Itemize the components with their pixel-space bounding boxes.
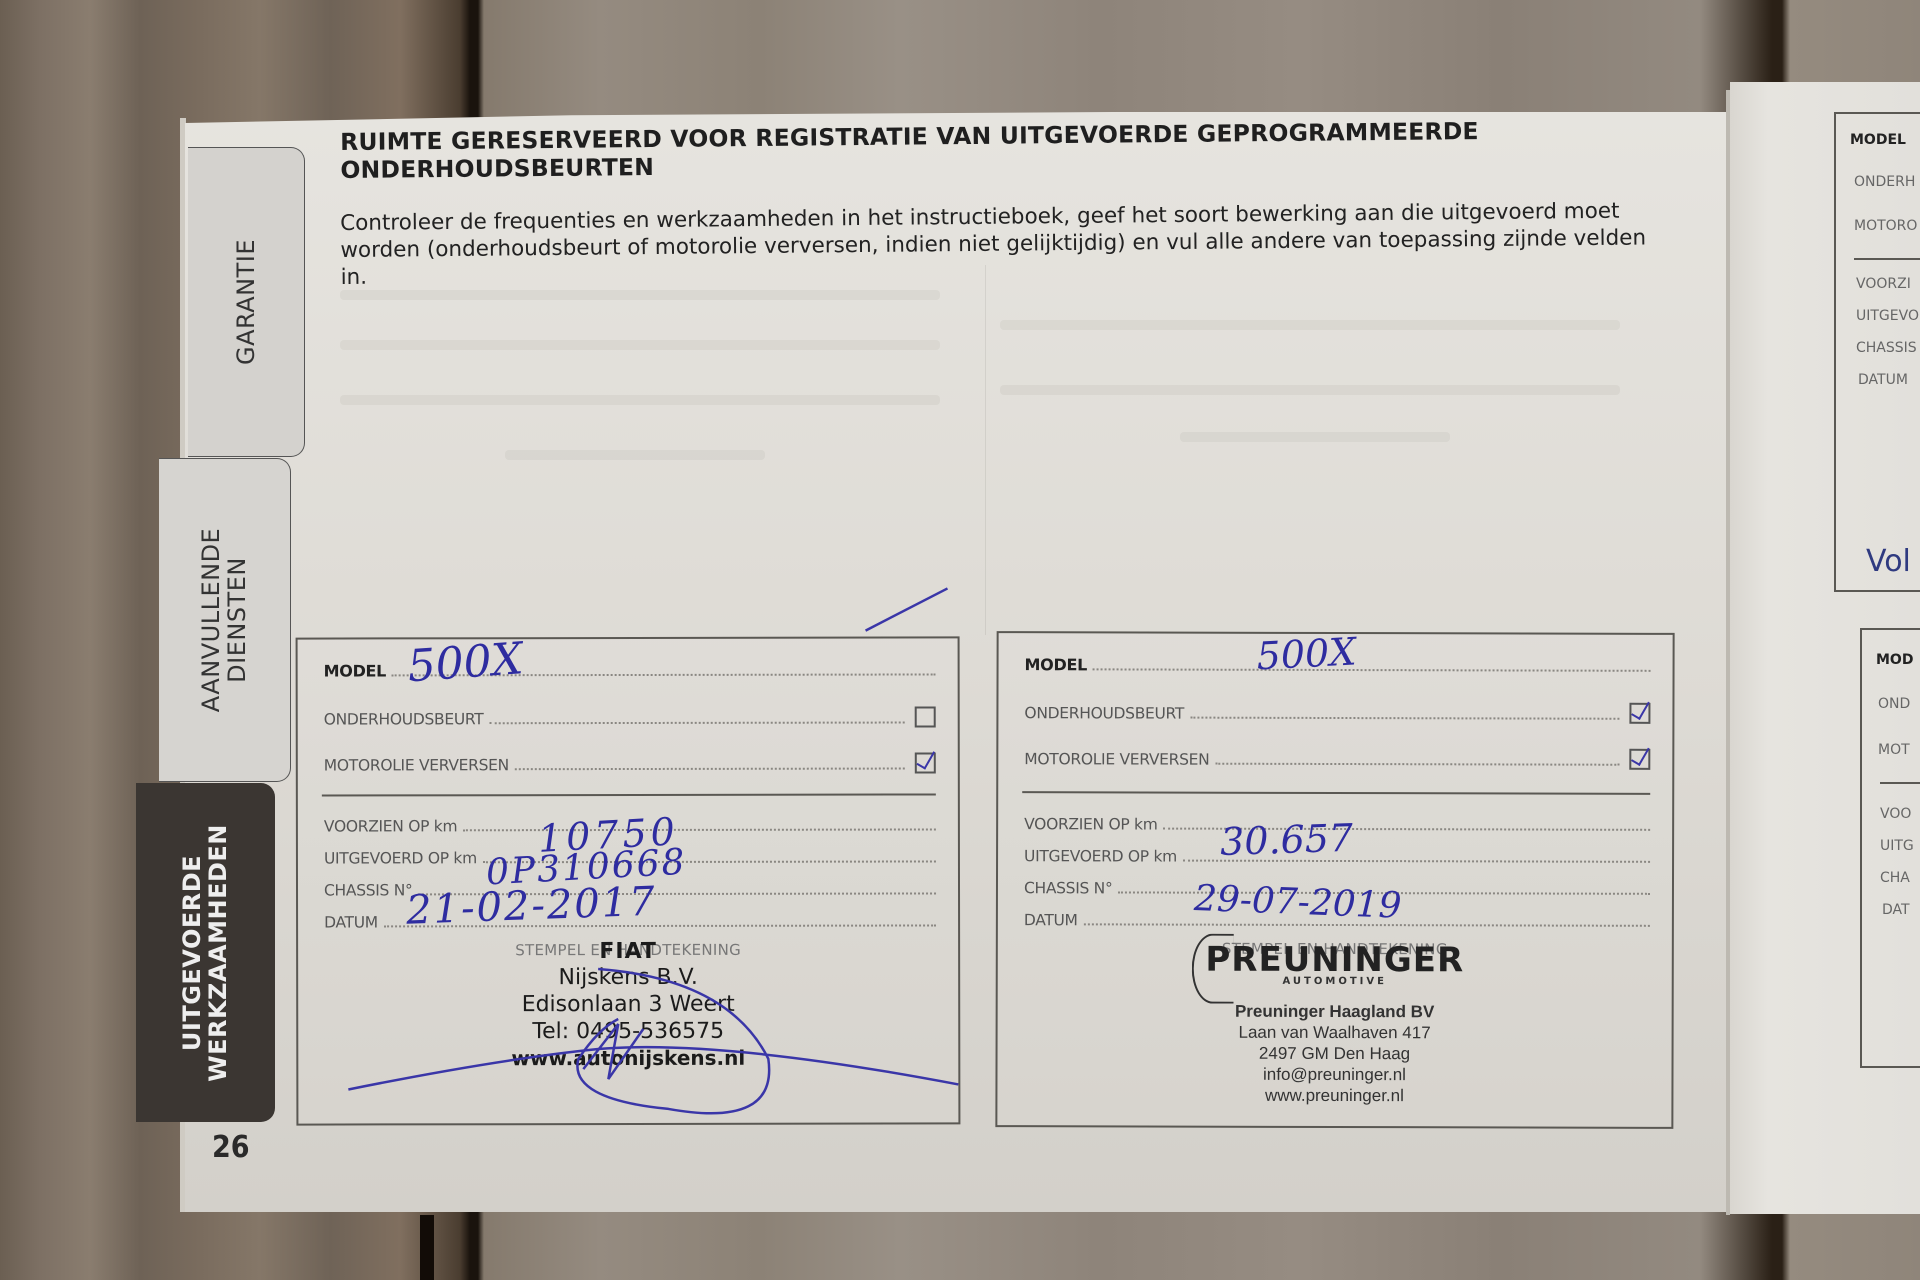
tab-label: UITGEVOERDE WERKZAAMHEDEN (179, 824, 231, 1082)
next-field-label: DATUM (1858, 372, 1908, 388)
stamp-line: info@preuninger.nl (997, 1063, 1671, 1086)
table-surface-gap (420, 1215, 434, 1280)
next-model-label: MOD (1876, 652, 1913, 668)
bleed-through-mark (340, 395, 940, 405)
dotted-leader (1215, 762, 1619, 766)
bleed-through-mark (340, 290, 940, 300)
maintenance-entry-1: MODEL 500X ONDERHOUDSBEURT MOTOROLIE VER… (296, 636, 961, 1125)
dealer-stamp-preuninger: PREUNINGER AUTOMOTIVE Preuninger Haaglan… (997, 939, 1671, 1107)
bleed-through-mark (1000, 320, 1620, 330)
signature-scribble (298, 638, 1059, 1123)
uitgevoerd-label: UITGEVOERD OP km (1024, 847, 1177, 865)
tab-garantie[interactable]: GARANTIE (188, 147, 305, 457)
booklet-spine (1726, 90, 1730, 1215)
model-label: MODEL (1025, 655, 1087, 674)
datum-label: DATUM (1024, 911, 1078, 929)
next-model-label: MODEL (1850, 132, 1906, 148)
stamp-line: 2497 GM Den Haag (998, 1042, 1672, 1065)
next-field-label: MOTORO (1854, 218, 1917, 234)
datum-value: 29-07-2019 (1193, 878, 1402, 927)
maintenance-entry-2: MODEL 500X ONDERHOUDSBEURT MOTOROLIE VER… (995, 631, 1674, 1129)
bleed-through-mark (340, 340, 940, 350)
tab-label: GARANTIE (233, 239, 259, 365)
intro-paragraph: Controleer de frequenties en werkzaamhed… (340, 197, 1651, 291)
page-number: 26 (212, 1130, 250, 1165)
stamp-line: Preuninger Haagland BV (998, 1000, 1672, 1023)
onderhoudsbeurt-row: ONDERHOUDSBEURT (1024, 701, 1650, 724)
voorzien-label: VOORZIEN OP km (1024, 815, 1157, 833)
onderhoudsbeurt-label: ONDERHOUDSBEURT (1024, 704, 1184, 722)
next-field-label: ONDERH (1854, 174, 1915, 190)
uitgevoerd-value: 30.657 (1219, 816, 1353, 864)
next-field-label: MOT (1878, 742, 1910, 758)
stamp-line: Laan van Waalhaven 417 (998, 1021, 1672, 1044)
next-field-label: OND (1878, 696, 1910, 712)
next-field-label: UITGEVO (1856, 308, 1919, 324)
model-field[interactable] (1093, 667, 1651, 671)
section-divider (1880, 782, 1920, 784)
bleed-through-mark (1180, 432, 1450, 442)
tab-uitgevoerde-werkzaamheden[interactable]: UITGEVOERDE WERKZAAMHEDEN (136, 783, 275, 1122)
next-page-entry-2: MOD OND MOT VOO UITG CHA DAT (1860, 628, 1920, 1068)
next-field-label: VOO (1880, 806, 1911, 822)
next-handwriting: Vol (1866, 544, 1911, 579)
next-field-label: CHASSIS (1856, 340, 1917, 356)
next-page-entry-1: MODEL ONDERH MOTORO VOORZI UITGEVO CHASS… (1834, 112, 1920, 592)
next-field-label: CHA (1880, 870, 1910, 886)
tab-aanvullende-diensten[interactable]: AANVULLENDE DIENSTEN (159, 458, 291, 782)
motorolie-row: MOTOROLIE VERVERSEN (1024, 747, 1650, 770)
bleed-through-divider (985, 265, 986, 635)
bleed-through-mark (1000, 385, 1620, 395)
motorolie-label: MOTOROLIE VERVERSEN (1024, 750, 1209, 768)
bleed-through-mark (505, 450, 765, 460)
next-field-label: VOORZI (1856, 276, 1911, 292)
chassis-label: CHASSIS N° (1024, 879, 1112, 897)
next-field-label: UITG (1880, 838, 1914, 854)
dotted-leader (1190, 716, 1619, 720)
section-divider (1854, 258, 1920, 260)
next-field-label: DAT (1882, 902, 1910, 918)
section-divider (1022, 791, 1650, 795)
tab-label: AANVULLENDE DIENSTEN (199, 528, 251, 712)
motorolie-checkbox[interactable] (1629, 749, 1650, 770)
stamp-line: www.preuninger.nl (997, 1084, 1671, 1107)
onderhoudsbeurt-checkbox[interactable] (1629, 703, 1650, 724)
model-value: 500X (1256, 629, 1358, 678)
